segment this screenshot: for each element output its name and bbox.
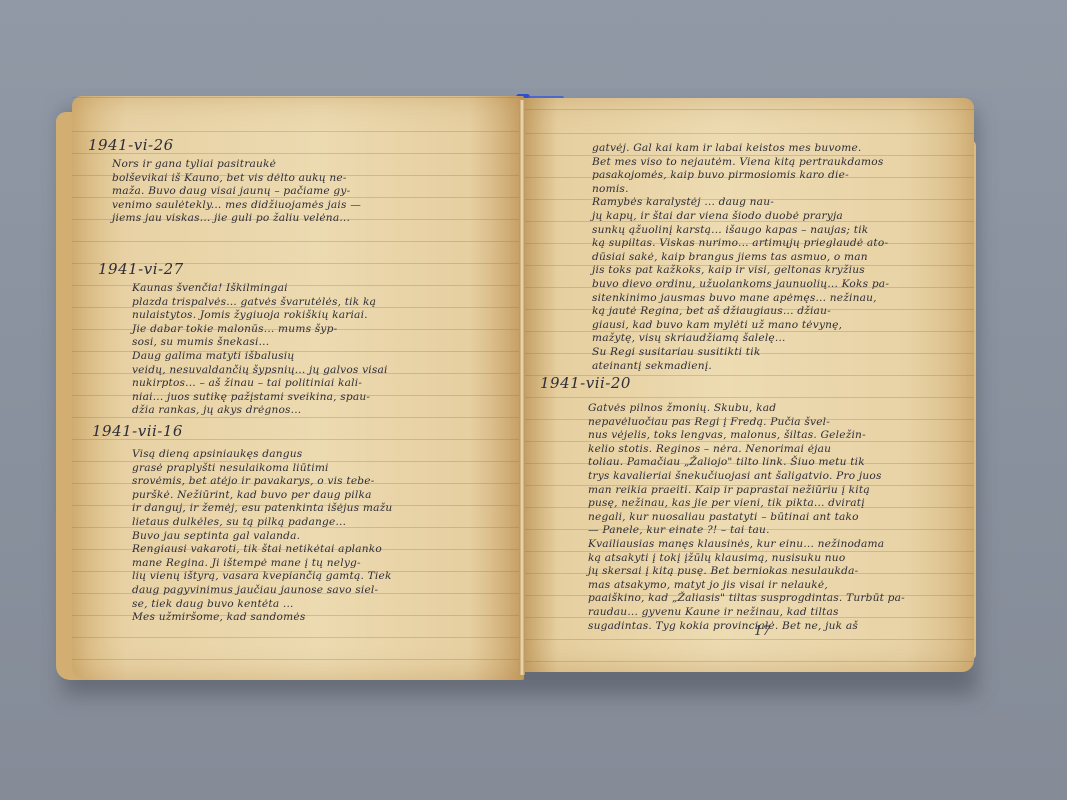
notebook-gutter	[519, 100, 525, 675]
entry-date: 1941-vi-27	[98, 260, 184, 278]
entry-date: 1941-vii-16	[92, 422, 183, 440]
entry-text: Nors ir gana tyliai pasitraukė bolševika…	[112, 158, 502, 226]
right-page: gatvėj. Gal kai kam ir labai keistos mes…	[522, 98, 974, 672]
continued-entry-text: gatvėj. Gal kai kam ir labai keistos mes…	[592, 142, 962, 373]
page-number: 17	[754, 624, 771, 639]
entry-date: 1941-vii-20	[540, 374, 631, 392]
open-notebook: 1941-vi-26 Nors ir gana tyliai pasitrauk…	[0, 0, 1067, 800]
left-page: 1941-vi-26 Nors ir gana tyliai pasitrauk…	[72, 96, 524, 680]
entry-text: Gatvės pilnos žmonių. Skubu, kad nepavėl…	[588, 402, 968, 633]
entry-text: Visą dieną apsiniaukęs dangus grasė prap…	[132, 448, 512, 625]
entry-date: 1941-vi-26	[88, 136, 174, 154]
entry-text: Kaunas švenčia! Iškilmingai plazda trisp…	[132, 282, 512, 418]
